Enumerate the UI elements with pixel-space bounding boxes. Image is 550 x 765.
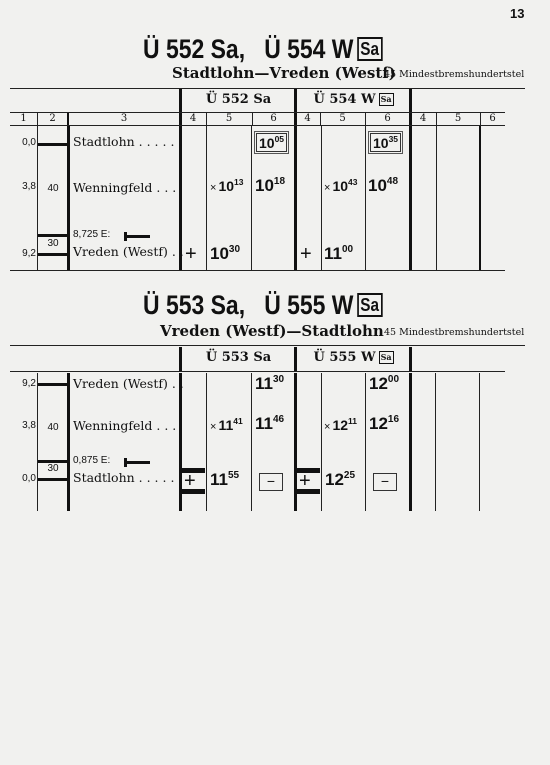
column-divider [206,373,207,511]
column-divider [480,113,481,125]
station-name: Stadtlohn . . . . . . [73,134,182,149]
saturday-box-badge: Sa [357,293,383,317]
col-number: 4 [180,113,206,124]
end-minus-box-icon: − [259,473,283,491]
train-header-2: Ü 554 WSa [297,92,410,107]
col-number: 5 [320,113,365,124]
speed-limit: 40 [38,183,68,194]
page-number: 13 [510,6,524,21]
column-divider [294,126,297,270]
saturday-box-badge: Sa [357,37,383,61]
km-value: 3,8 [10,420,36,431]
column-divider [251,126,252,270]
col-number: 1 [10,113,37,124]
col-number: 6 [480,113,505,124]
column-divider [252,113,253,125]
station-name: Vreden (Westf) . . [73,376,184,391]
station-name: Stadtlohn . . . . . [73,470,174,485]
brake-percentage-note: 45 Mindestbremshundertstel [384,69,524,80]
column-divider [179,347,182,371]
column-divider [409,373,412,511]
column-divider [37,113,38,125]
arrival-time: ×1141 [210,416,243,433]
column-divider [479,126,481,270]
departure-time: 1130 [255,374,284,394]
track-bar [38,234,68,237]
column-divider [206,113,207,125]
arrival-time: 1030 [210,244,240,264]
terminus-plus-icon: + [300,244,312,264]
terminus-plus-signal-icon: + [296,468,320,494]
col-number: 4 [295,113,320,124]
train-header-1: Ü 552 Sa [182,92,295,107]
departure-time: 1005 [256,133,287,152]
arrival-time: ×1043 [324,177,357,194]
arrival-time: 1155 [210,470,239,490]
departure-time: 1146 [255,414,284,434]
title-trains: Ü 552 Sa, Ü 554 W [143,34,353,64]
column-divider [365,113,366,125]
column-divider [436,113,437,125]
header-rule [10,371,505,372]
km-value: 0,0 [10,473,36,484]
column-divider [67,373,70,511]
column-divider [479,373,480,511]
column-divider [409,126,412,270]
column-divider [409,347,412,371]
arrival-time: 1225 [325,470,355,490]
departure-time: 1035 [370,133,401,152]
station-name: Wenningfeld . . . [73,418,176,433]
column-divider [294,89,297,112]
brake-percentage-note: 45 Mindestbremshundertstel [384,327,524,338]
col-number: 6 [252,113,295,124]
terminus-plus-signal-icon: + [181,468,205,494]
title-trains: Ü 553 Sa, Ü 555 W [143,290,353,320]
column-divider [206,126,207,270]
signal-arm-icon [126,461,150,464]
column-divider [320,113,321,125]
column-divider [179,89,182,112]
col-number: 6 [365,113,410,124]
km-value: 9,2 [10,378,36,389]
table-top-rule [10,345,525,346]
column-divider [435,373,436,511]
saturday-box-badge: Sa [379,93,394,106]
entry-signal-note: 0,875 E: [73,455,110,466]
column-divider [321,373,322,511]
train-label: Ü 555 W [313,350,375,365]
route-subtitle: Stadtlohn—Vreden (Westf) [172,64,396,82]
track-station-bar [38,253,68,256]
col-number: 5 [206,113,252,124]
colnum-rule [10,125,505,126]
signal-arm-icon [126,235,150,238]
column-divider [365,126,366,270]
departure-time: 1018 [255,176,285,196]
saturday-box-badge: Sa [379,351,394,364]
col-number: 4 [410,113,436,124]
station-name: Vreden (Westf) . . [73,244,184,259]
entry-signal-note: 8,725 E: [73,229,110,240]
departure-time: 1200 [369,374,399,394]
km-value: 3,8 [10,181,36,192]
speed-limit: 40 [38,422,68,433]
train-header-2: Ü 555 WSa [297,350,410,365]
track-station-bar [38,143,68,146]
column-divider [294,113,297,125]
track-station-bar [38,478,68,481]
train-label: Ü 552 Sa [206,92,271,107]
speed-limit: 30 [38,238,68,249]
departure-time: 1048 [368,176,398,196]
speed-limit: 30 [38,463,68,474]
table-bottom-rule [10,270,505,271]
route-subtitle: Vreden (Westf)—Stadtlohn [160,322,384,340]
km-value: 0,0 [10,137,36,148]
column-divider [179,113,182,125]
col-number: 5 [436,113,480,124]
arrival-time: ×1013 [210,177,243,194]
column-divider [67,113,69,125]
column-divider [321,126,322,270]
arrival-time: 1100 [324,244,353,264]
column-divider [365,373,366,511]
departure-time: 1216 [369,414,399,434]
col-number: 3 [68,113,180,124]
train-label: Ü 554 W [313,92,375,107]
km-value: 9,2 [10,248,36,259]
arrival-time: ×1211 [324,416,357,433]
section-title: Ü 553 Sa, Ü 555 WSa [143,290,382,321]
col-number: 2 [37,113,68,124]
column-divider [251,373,252,511]
table-top-rule [10,88,525,89]
end-minus-box-icon: − [373,473,397,491]
column-divider [436,126,437,270]
track-station-bar [38,383,68,386]
column-divider [37,373,38,511]
column-divider [409,89,412,112]
terminus-plus-icon: + [185,244,197,264]
train-header-1: Ü 553 Sa [182,350,295,365]
column-divider [294,347,297,371]
section-title: Ü 552 Sa, Ü 554 WSa [143,34,382,65]
column-divider [409,113,412,125]
train-label: Ü 553 Sa [206,350,271,365]
station-name: Wenningfeld . . . [73,180,176,195]
